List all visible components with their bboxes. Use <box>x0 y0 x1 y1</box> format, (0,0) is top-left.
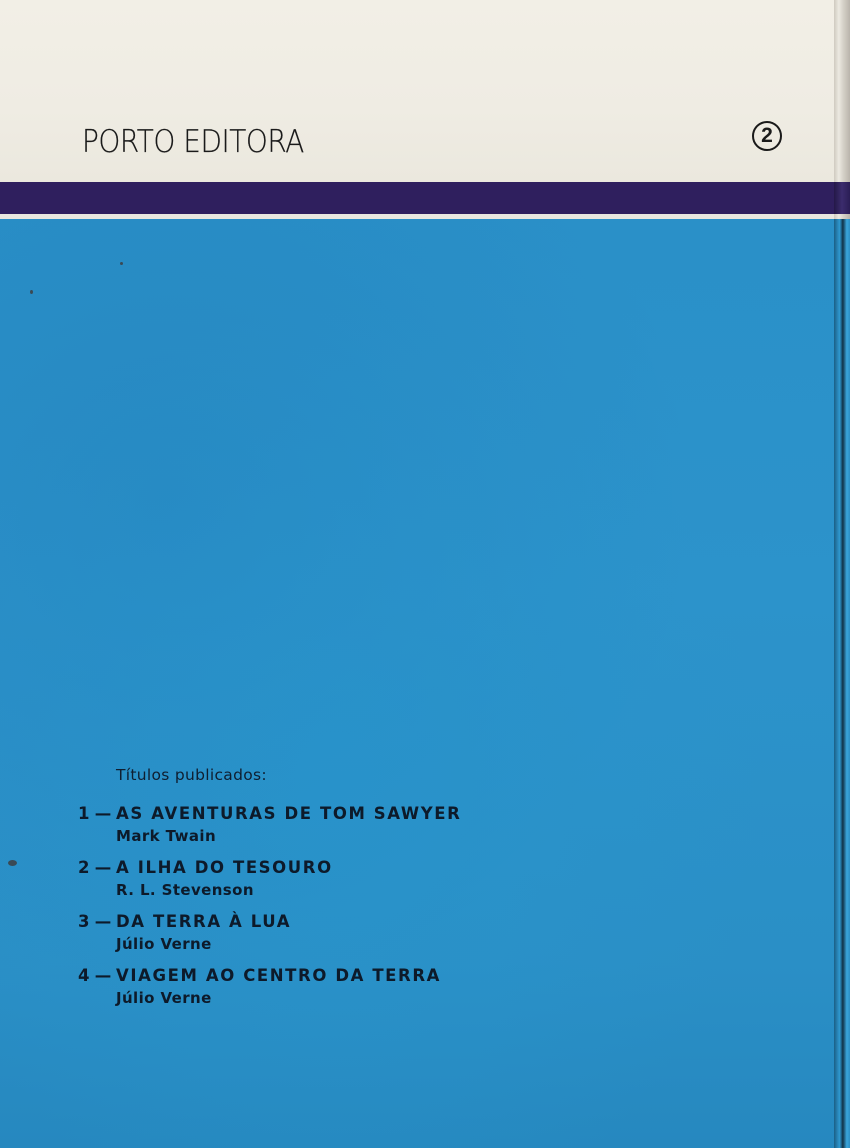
book-author: Mark Twain <box>116 827 461 845</box>
book-author: Júlio Verne <box>116 989 461 1007</box>
book-dash: — <box>90 858 116 877</box>
wear-mark <box>120 262 123 265</box>
volume-number: 2 <box>761 124 773 148</box>
purple-stripe <box>0 182 838 214</box>
wear-mark <box>8 860 17 866</box>
wear-mark <box>30 290 33 294</box>
book-back-cover: PORTO EDITORA 2 Títulos publicados: 1 — … <box>0 0 850 1148</box>
published-titles-list: Títulos publicados: 1 — AS AVENTURAS DE … <box>78 766 461 1020</box>
book-dash: — <box>90 966 116 985</box>
book-dash: — <box>90 804 116 823</box>
book-author: R. L. Stevenson <box>116 881 461 899</box>
book-dash: — <box>90 912 116 931</box>
list-item: 1 — AS AVENTURAS DE TOM SAWYER Mark Twai… <box>78 804 461 845</box>
list-item: 4 — VIAGEM AO CENTRO DA TERRA Júlio Vern… <box>78 966 461 1007</box>
book-title: AS AVENTURAS DE TOM SAWYER <box>116 804 461 823</box>
publisher-name: PORTO EDITORA <box>82 124 304 160</box>
book-title: A ILHA DO TESOURO <box>116 858 333 877</box>
spine-edge-stripe <box>834 182 850 214</box>
book-number: 3 <box>78 912 90 931</box>
titles-heading: Títulos publicados: <box>116 766 461 784</box>
volume-number-badge: 2 <box>752 121 782 151</box>
book-number: 1 <box>78 804 90 823</box>
book-author: Júlio Verne <box>116 935 461 953</box>
spine-edge-blue <box>834 219 850 1148</box>
list-item: 3 — DA TERRA À LUA Júlio Verne <box>78 912 461 953</box>
list-item: 2 — A ILHA DO TESOURO R. L. Stevenson <box>78 858 461 899</box>
book-number: 4 <box>78 966 90 985</box>
book-title: DA TERRA À LUA <box>116 912 291 931</box>
book-number: 2 <box>78 858 90 877</box>
book-title: VIAGEM AO CENTRO DA TERRA <box>116 966 441 985</box>
